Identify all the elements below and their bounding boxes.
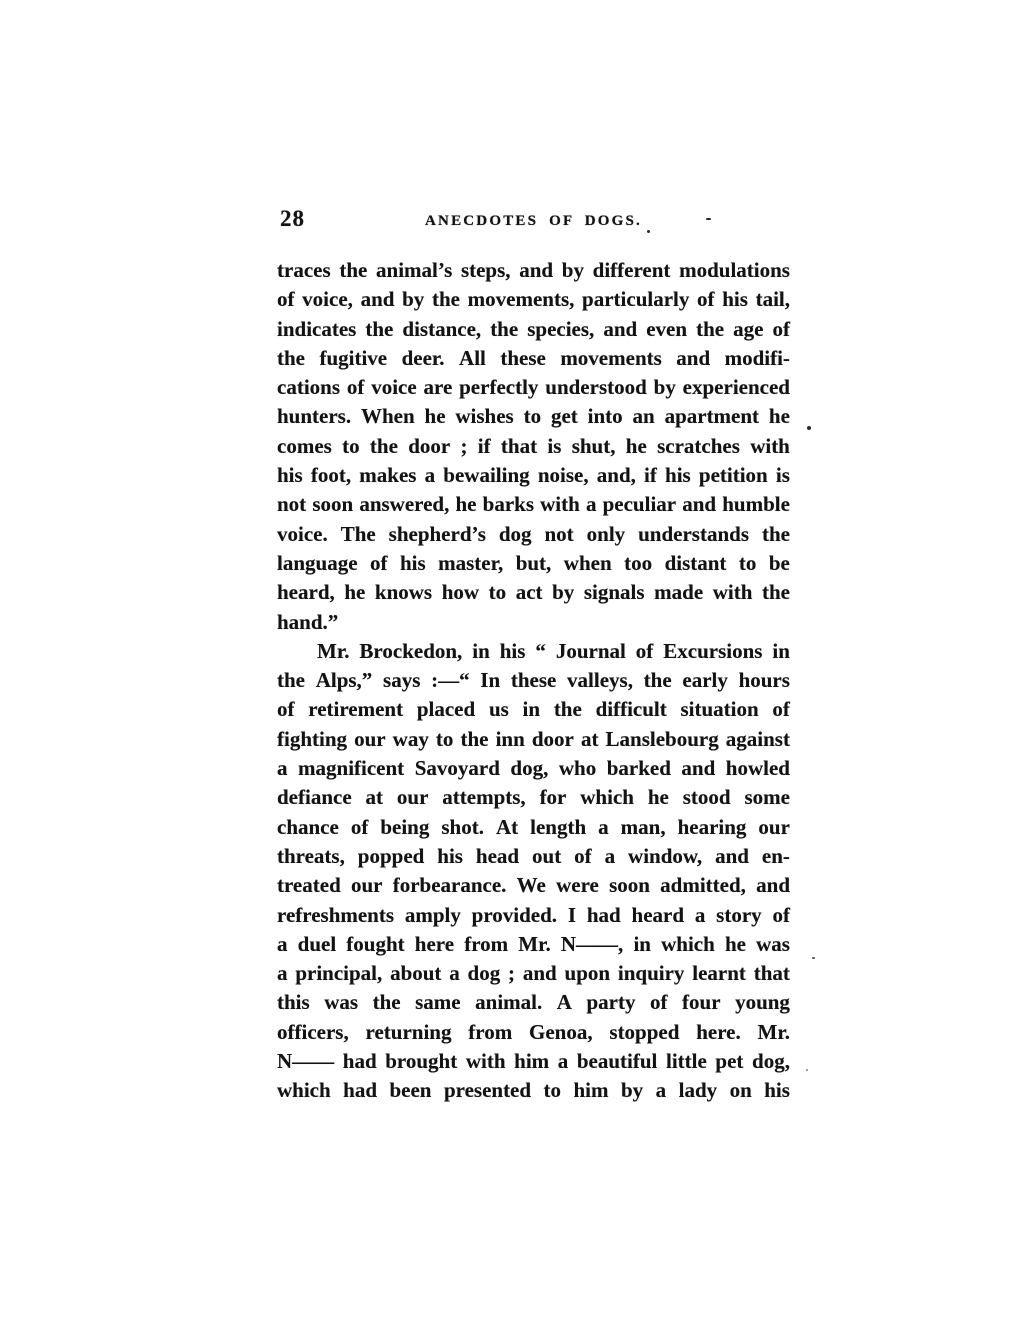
text-line: threats,poppedhisheadoutofawindow,anden-: [277, 844, 790, 873]
text-line: treatedourforbearance.Weweresoonadmitted…: [277, 873, 790, 902]
text-line: hunters.Whenhewishestogetintoanapartment…: [277, 404, 790, 433]
text-line: N——hadbroughtwithhimabeautifullittlepetd…: [277, 1049, 790, 1078]
text-line: cationsofvoiceareperfectlyunderstoodbyex…: [277, 375, 790, 404]
text-line: refreshmentsamplyprovided.Ihadheardastor…: [277, 903, 790, 932]
scan-speck: [806, 1069, 808, 1071]
text-line: ofretirementplacedusinthedifficultsituat…: [277, 697, 790, 726]
text-line: hisfoot,makesabewailingnoise,and,ifhispe…: [277, 463, 790, 492]
scan-speck: [807, 426, 811, 430]
text-line: indicatesthedistance,thespecies,andevent…: [277, 317, 790, 346]
text-line: defianceatourattempts,forwhichhestoodsom…: [277, 785, 790, 814]
scan-speck: [812, 957, 815, 959]
text-line: comestothedoor;ifthatisshut,hescratchesw…: [277, 434, 790, 463]
text-line: ofvoice,andbythemovements,particularlyof…: [277, 287, 790, 316]
running-header: ANECDOTES OF DOGS.: [277, 213, 790, 230]
text-line: officers,returningfromGenoa,stoppedhere.…: [277, 1020, 790, 1049]
text-line: aprincipal,aboutadog;anduponinquirylearn…: [277, 961, 790, 990]
text-line: thefugitivedeer.Allthesemovementsandmodi…: [277, 346, 790, 375]
scan-speck: [647, 230, 650, 233]
text-line: heard,heknowshowtoactbysignalsmadewithth…: [277, 580, 790, 609]
text-line: tracestheanimal’ssteps,andbydifferentmod…: [277, 258, 790, 287]
text-line: thiswasthesameanimal.Apartyoffouryoung: [277, 990, 790, 1019]
text-line: whichhadbeenpresentedtohimbyaladyonhis: [277, 1078, 790, 1107]
text-line: amagnificentSavoyarddog,whobarkedandhowl…: [277, 756, 790, 785]
text-line: Mr.Brockedon,inhis“JournalofExcursionsin: [277, 639, 790, 668]
text-line: hand.”: [277, 610, 790, 639]
text-block: tracestheanimal’ssteps,andbydifferentmod…: [277, 258, 790, 1108]
scan-speck: [706, 218, 711, 220]
text-line: chanceofbeingshot.Atlengthaman,hearingou…: [277, 815, 790, 844]
text-line: notsoonanswered,hebarkswithapeculiarandh…: [277, 492, 790, 521]
text-line: voice.Theshepherd’sdognotonlyunderstands…: [277, 522, 790, 551]
text-line: fightingourwaytotheinndooratLanslebourga…: [277, 727, 790, 756]
text-line: theAlps,”says:—“Inthesevalleys,theearlyh…: [277, 668, 790, 697]
text-line: languageofhismaster,but,whentoodistantto…: [277, 551, 790, 580]
text-line: aduelfoughtherefromMr.N——,inwhichhewas: [277, 932, 790, 961]
book-page: 28 ANECDOTES OF DOGS. tracestheanimal’ss…: [0, 0, 1033, 1339]
